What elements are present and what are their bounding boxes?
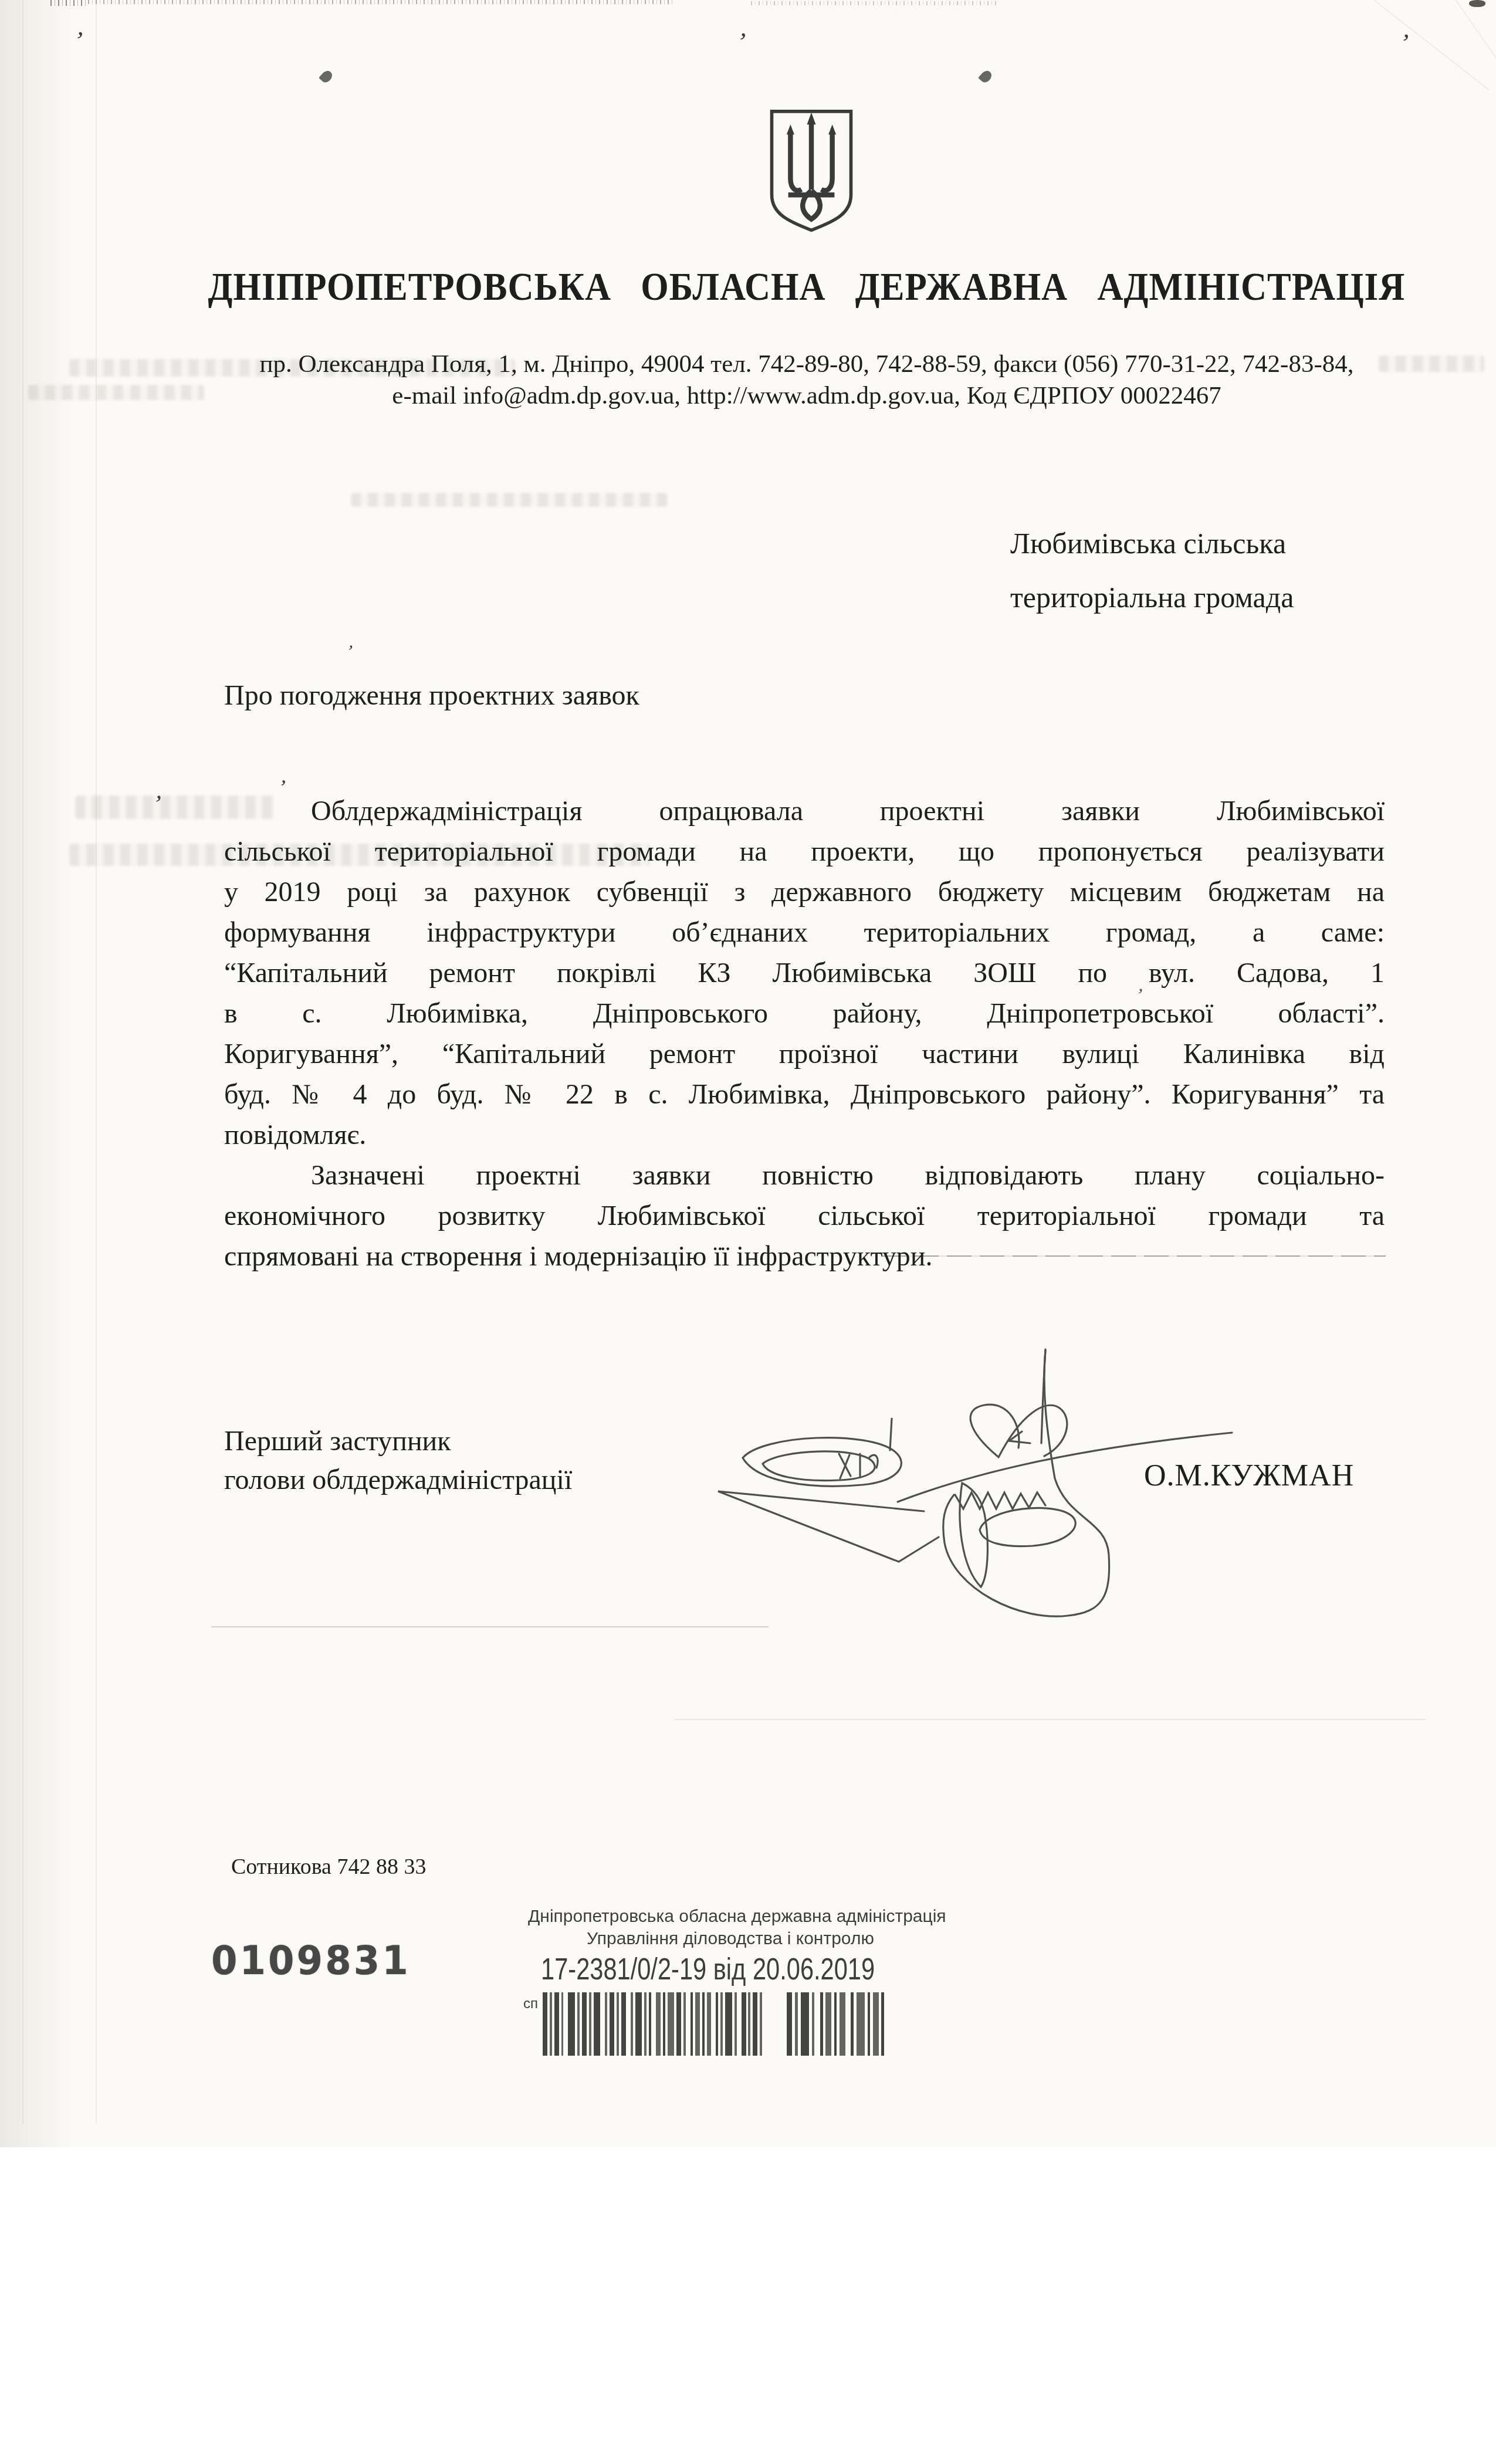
barcode-label: сп	[523, 1996, 538, 2012]
scan-artifact	[978, 69, 994, 84]
barcode-bar	[857, 1992, 865, 2056]
scan-artifact: ’	[736, 29, 749, 56]
barcode-bar	[635, 1992, 642, 2056]
barcode-group	[543, 1992, 767, 2056]
organization-name: ДНІПРОПЕТРОВСЬКА ОБЛАСНА ДЕРЖАВНА АДМІНІ…	[176, 265, 1437, 310]
stamp-number-date: 17-2381/0/2-19 від 20.06.2019	[541, 1952, 854, 1986]
scan-artifact	[1350, 0, 1490, 90]
barcode-bar	[676, 1992, 681, 2056]
body-line: економічного розвитку Любимівської сільс…	[224, 1196, 1385, 1236]
scan-artifact	[88, 0, 675, 4]
registration-stamp: Дніпропетровська обласна державна адміні…	[528, 1905, 933, 2056]
paragraph: Зазначені проектні заявки повністю відпо…	[224, 1155, 1385, 1277]
body-line: Зазначені проектні заявки повністю відпо…	[224, 1155, 1385, 1196]
handwritten-signature	[692, 1343, 1279, 1672]
signer-position-line: голови облдержадміністрації	[224, 1461, 572, 1500]
scan-artifact	[675, 1719, 1426, 1720]
barcode-bar	[656, 1992, 661, 2056]
scan-artifact	[319, 69, 334, 84]
barcode-space	[563, 1992, 568, 2056]
signer-name: О.М.КУЖМАН	[1144, 1458, 1354, 1493]
barcode-bar	[568, 1992, 575, 2056]
scan-artifact	[751, 1, 997, 5]
barcode-bar	[554, 1992, 559, 2056]
barcode-space	[884, 1992, 890, 2056]
barcode-bar	[801, 1992, 809, 2056]
scan-artifact	[50, 0, 86, 6]
barcode-bar	[725, 1992, 732, 2056]
barcode-bar	[621, 1992, 626, 2056]
barcode-bar	[825, 1992, 831, 2056]
barcode-bar	[594, 1992, 601, 2056]
barcode-bar	[787, 1992, 793, 2056]
barcode-space	[845, 1992, 851, 2056]
subject-line: Про погодження проектних заявок	[224, 679, 639, 712]
recipient-line: Любимівська сільська	[1010, 516, 1294, 570]
barcode-space	[814, 1992, 820, 2056]
body-line: “Капітальний ремонт покрівлі КЗ Любимівс…	[224, 953, 1385, 993]
barcode-bar	[840, 1992, 845, 2056]
barcode-bar	[753, 1992, 757, 2056]
body-line: сільської територіальної громади на прое…	[224, 831, 1385, 872]
scan-artifact	[96, 0, 97, 2124]
barcode-bar	[695, 1992, 700, 2056]
barcode-bar	[707, 1992, 712, 2056]
recipient-block: Любимівська сільська територіальна грома…	[1010, 516, 1294, 624]
scanned-letter-page: ’ ’ ’ ’ ’ ’ , ДНІПРОПЕТРОВСЬКА ОБЛАСНА Д	[0, 0, 1496, 2464]
barcode-space	[737, 1992, 742, 2056]
barcode-space	[600, 1992, 605, 2056]
scan-edge-shadow	[0, 0, 88, 2147]
scan-artifact	[1435, 0, 1496, 77]
recipient-line: територіальна громада	[1010, 570, 1294, 624]
bleedthrough-smudge	[28, 385, 204, 400]
barcode-space	[651, 1992, 656, 2056]
barcode-bar	[610, 1992, 614, 2056]
scan-artifact: ’	[346, 642, 354, 661]
body-line: Коригування”, “Капітальний ремонт проїзн…	[224, 1034, 1385, 1074]
paragraph: Облдержадміністрація опрацювала проектні…	[224, 791, 1385, 1155]
body-line: спрямовані на створення і модернізацію ї…	[224, 1236, 1385, 1277]
address-line-1: пр. Олександра Поля, 1, м. Дніпро, 49004…	[194, 350, 1420, 378]
stamp-org-line: Управління діловодства і контролю	[528, 1928, 933, 1950]
barcode-bar	[543, 1992, 547, 2056]
scanner-background	[0, 2147, 1496, 2464]
signer-position-line: Перший заступник	[224, 1422, 572, 1461]
scan-artifact	[1469, 0, 1485, 7]
barcode-bar	[582, 1992, 587, 2056]
barcode-quiet-zone	[767, 1992, 787, 2056]
barcode-group	[787, 1992, 890, 2056]
body-line: в с. Любимівка, Дніпровського району, Дн…	[224, 993, 1385, 1034]
body-line: повідомляє.	[224, 1115, 1385, 1155]
barcode-bar	[742, 1992, 746, 2056]
barcode-space	[626, 1992, 631, 2056]
body-line: буд. № 4 до буд. № 22 в с. Любимівка, Дн…	[224, 1074, 1385, 1115]
letter-body: Облдержадміністрація опрацювала проектні…	[224, 791, 1385, 1277]
barcode-bar	[668, 1992, 675, 2056]
coat-of-arms-icon	[767, 108, 855, 235]
address-line-2: e-mail info@adm.dp.gov.ua, http://www.ad…	[194, 381, 1420, 410]
scan-artifact	[22, 0, 23, 2124]
executor-note: Сотникова 742 88 33	[231, 1854, 426, 1880]
bleedthrough-smudge	[351, 493, 668, 507]
stamped-registration-number: 0109831	[211, 1938, 411, 1984]
barcode-space	[711, 1992, 716, 2056]
body-line: Облдержадміністрація опрацювала проектні…	[224, 791, 1385, 831]
body-line: у 2019 році за рахунок субвенції з держа…	[224, 872, 1385, 912]
signer-position: Перший заступник голови облдержадміністр…	[224, 1422, 572, 1500]
barcode-space	[762, 1992, 767, 2056]
scan-artifact: ’	[1399, 30, 1412, 57]
barcode-space	[686, 1992, 691, 2056]
barcode	[543, 1992, 890, 2056]
body-line: формування інфраструктури об’єднаних тер…	[224, 912, 1385, 953]
stamp-org-line: Дніпропетровська обласна державна адміні…	[528, 1905, 933, 1928]
barcode-row: сп	[528, 1992, 933, 2056]
scan-artifact	[211, 1626, 769, 1627]
barcode-bar	[873, 1992, 879, 2056]
